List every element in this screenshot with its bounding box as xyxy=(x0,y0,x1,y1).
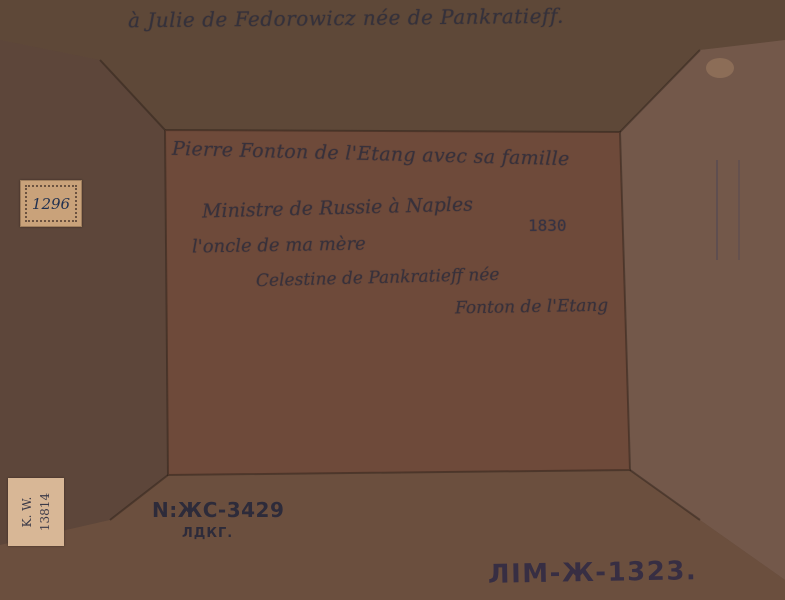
top-inscription: à Julie de Fedorowicz née de Pankratieff… xyxy=(128,4,564,33)
paper-label-kw: K. W. 13814 xyxy=(8,478,64,546)
inscription-fonton: Fonton de l'Etang xyxy=(455,296,608,319)
paper-label-number: 13814 xyxy=(38,493,52,531)
inventory-collection-code: ЛДКГ. xyxy=(182,526,233,541)
paper-label-initials: K. W. xyxy=(20,497,34,528)
inventory-label-small: 1296 xyxy=(20,180,82,227)
label-number: 1296 xyxy=(32,195,70,213)
museum-inventory-number: ЛІМ-Ж-1323. xyxy=(488,556,698,590)
inventory-number: N:ЖС-3429 xyxy=(152,498,284,522)
faded-ink-marks xyxy=(716,160,740,260)
wooden-panel-back: à Julie de Fedorowicz née de Pankratieff… xyxy=(0,0,785,600)
faded-red-marking xyxy=(18,300,68,440)
inscription-year: 1830 xyxy=(528,216,567,235)
inscription-relation: l'oncle de ma mère xyxy=(192,233,366,257)
panel-bevel-frame xyxy=(0,0,785,600)
